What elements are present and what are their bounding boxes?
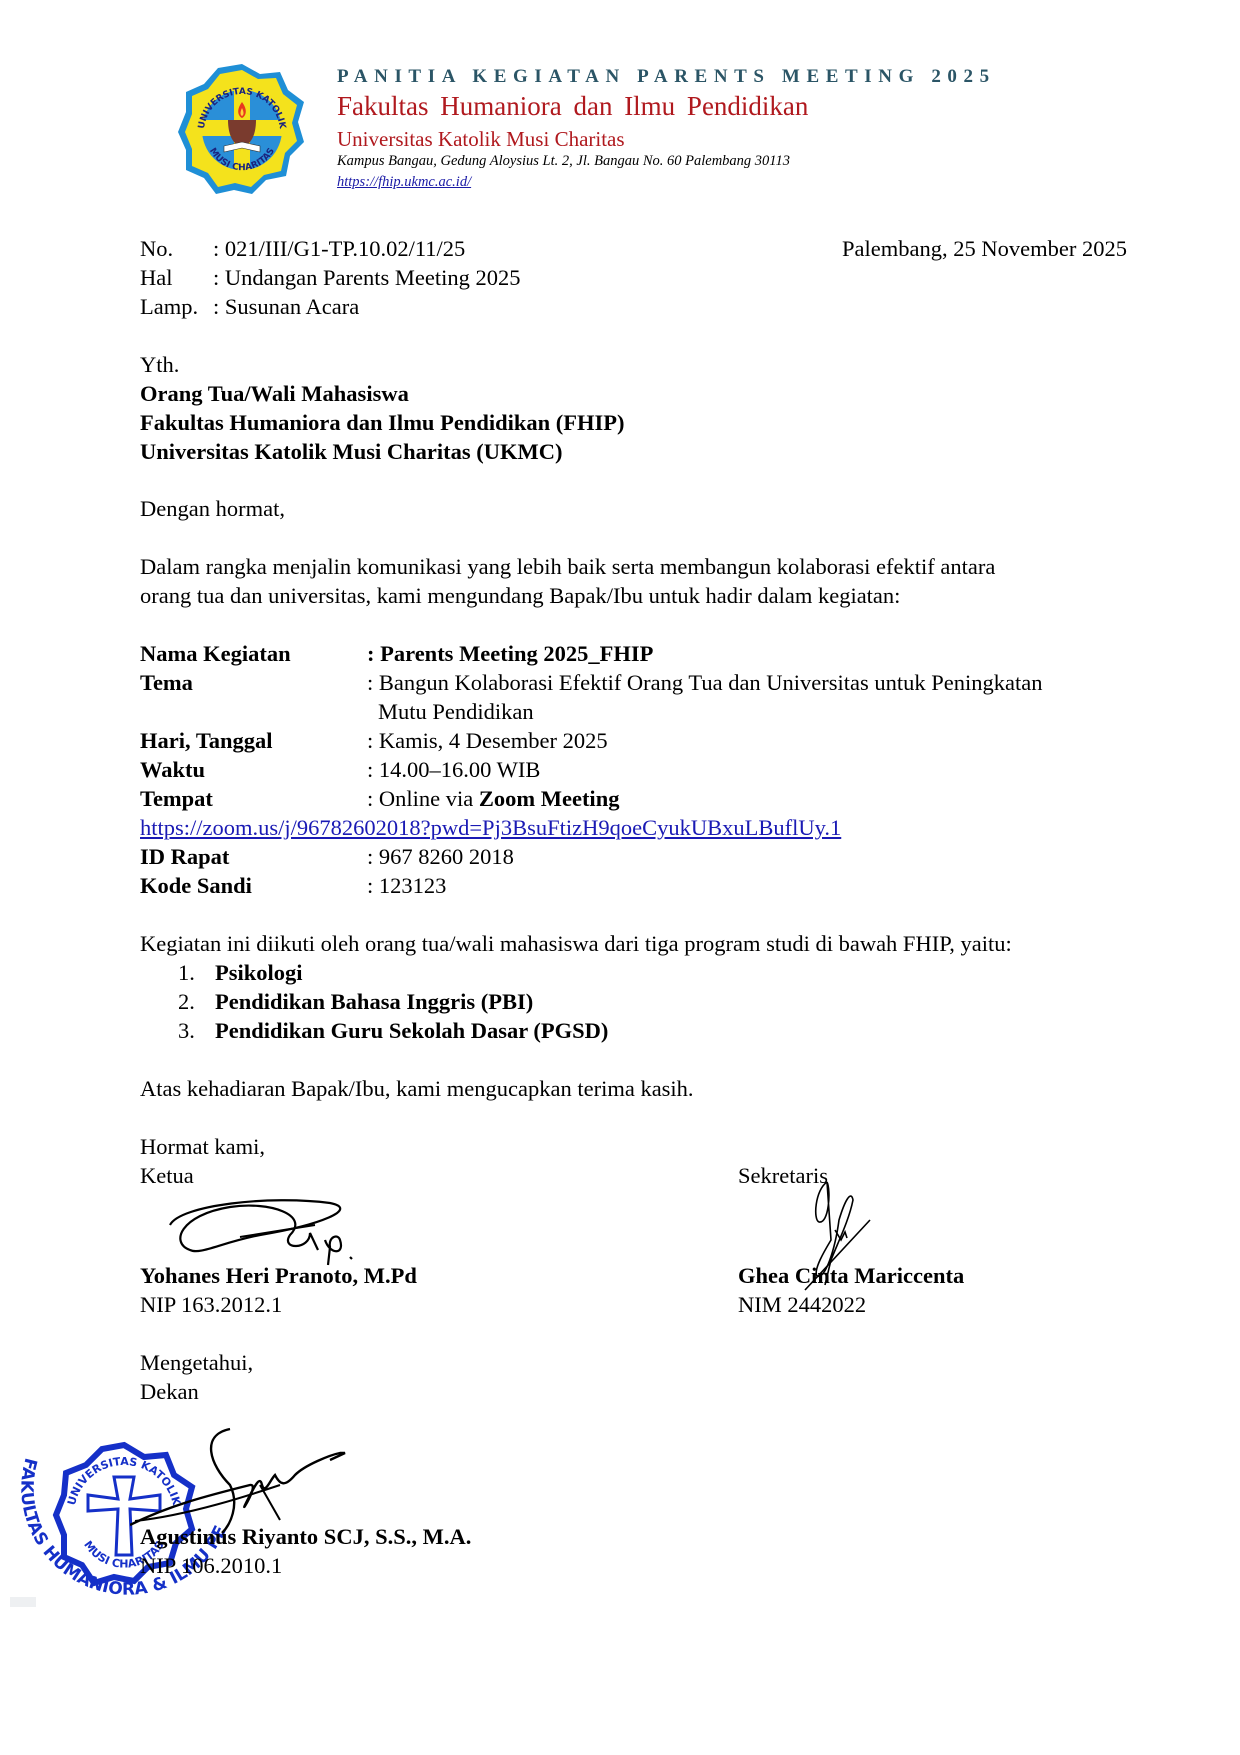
time-value: : 14.00–16.00 WIB	[367, 755, 540, 784]
address: Kampus Bangau, Gedung Aloysius Lt. 2, Jl…	[337, 153, 790, 170]
faculty-name: Fakultas Humaniora dan Ilmu Pendidikan	[337, 91, 808, 122]
secretary-name: Ghea Cinta Mariccenta	[738, 1261, 964, 1290]
dean-role: Dekan	[140, 1377, 199, 1406]
closing: Atas kehadiaran Bapak/Ibu, kami mengucap…	[140, 1074, 694, 1103]
theme-value: : Bangun Kolaborasi Efektif Orang Tua da…	[367, 668, 1043, 697]
date-label: Hari, Tanggal	[140, 726, 273, 755]
place-label: Tempat	[140, 784, 213, 813]
regards: Hormat kami,	[140, 1132, 265, 1161]
event-name-value: : Parents Meeting 2025_FHIP	[367, 639, 653, 668]
list-item-number: 1.	[178, 958, 195, 987]
list-item-number: 2.	[178, 987, 195, 1016]
attachment-label: Lamp.	[140, 292, 198, 321]
place-value: : Online via Zoom Meeting	[367, 784, 619, 813]
passcode-value: : 123123	[367, 871, 446, 900]
event-name-label: Nama Kegiatan	[140, 639, 291, 668]
date-value: : Kamis, 4 Desember 2025	[367, 726, 608, 755]
list-item: Pendidikan Guru Sekolah Dasar (PGSD)	[215, 1016, 608, 1045]
list-item: Psikologi	[215, 958, 303, 987]
acknowledge-label: Mengetahui,	[140, 1348, 253, 1377]
subject-label: Hal	[140, 263, 173, 292]
salutation: Yth.	[140, 350, 179, 379]
programs-intro: Kegiatan ini diikuti oleh orang tua/wali…	[140, 929, 1012, 958]
dean-signature-icon	[130, 1425, 360, 1535]
place-value-prefix: : Online via	[367, 786, 479, 811]
website-link[interactable]: https://fhip.ukmc.ac.id/	[337, 174, 471, 191]
intro-line: Dalam rangka menjalin komunikasi yang le…	[140, 552, 995, 581]
theme-label: Tema	[140, 668, 193, 697]
theme-value-cont: Mutu Pendidikan	[378, 697, 534, 726]
zoom-meeting-link[interactable]: https://zoom.us/j/96782602018?pwd=Pj3Bsu…	[140, 813, 841, 842]
intro-line: orang tua dan universitas, kami mengunda…	[140, 581, 900, 610]
list-item: Pendidikan Bahasa Inggris (PBI)	[215, 987, 533, 1016]
chair-role: Ketua	[140, 1161, 194, 1190]
recipient-line: Orang Tua/Wali Mahasiswa	[140, 379, 409, 408]
number-value: : 021/III/G1-TP.10.02/11/25	[213, 234, 465, 263]
list-item-number: 3.	[178, 1016, 195, 1045]
attachment-value: : Susunan Acara	[213, 292, 359, 321]
passcode-label: Kode Sandi	[140, 871, 252, 900]
committee-title: PANITIA KEGIATAN PARENTS MEETING 2025	[337, 66, 996, 88]
chair-id: NIP 163.2012.1	[140, 1290, 282, 1319]
university-name: Universitas Katolik Musi Charitas	[337, 127, 625, 152]
subject-value: : Undangan Parents Meeting 2025	[213, 263, 520, 292]
dean-name: Agustinus Riyanto SCJ, S.S., M.A.	[140, 1522, 471, 1551]
place-date: Palembang, 25 November 2025	[842, 234, 1127, 263]
meeting-id-label: ID Rapat	[140, 842, 229, 871]
place-value-bold: Zoom Meeting	[479, 786, 620, 811]
recipient-line: Fakultas Humaniora dan Ilmu Pendidikan (…	[140, 408, 624, 437]
number-label: No.	[140, 234, 173, 263]
university-crest-icon: UNIVERSITAS KATOLIK MUSI CHARITAS	[178, 62, 306, 196]
scan-artifact	[10, 1597, 36, 1607]
greeting: Dengan hormat,	[140, 494, 285, 523]
chair-name: Yohanes Heri Pranoto, M.Pd	[140, 1261, 417, 1290]
secretary-id: NIM 2442022	[738, 1290, 866, 1319]
dean-id: NIP 106.2010.1	[140, 1551, 282, 1580]
meeting-id-value: : 967 8260 2018	[367, 842, 514, 871]
time-label: Waktu	[140, 755, 205, 784]
recipient-line: Universitas Katolik Musi Charitas (UKMC)	[140, 437, 562, 466]
